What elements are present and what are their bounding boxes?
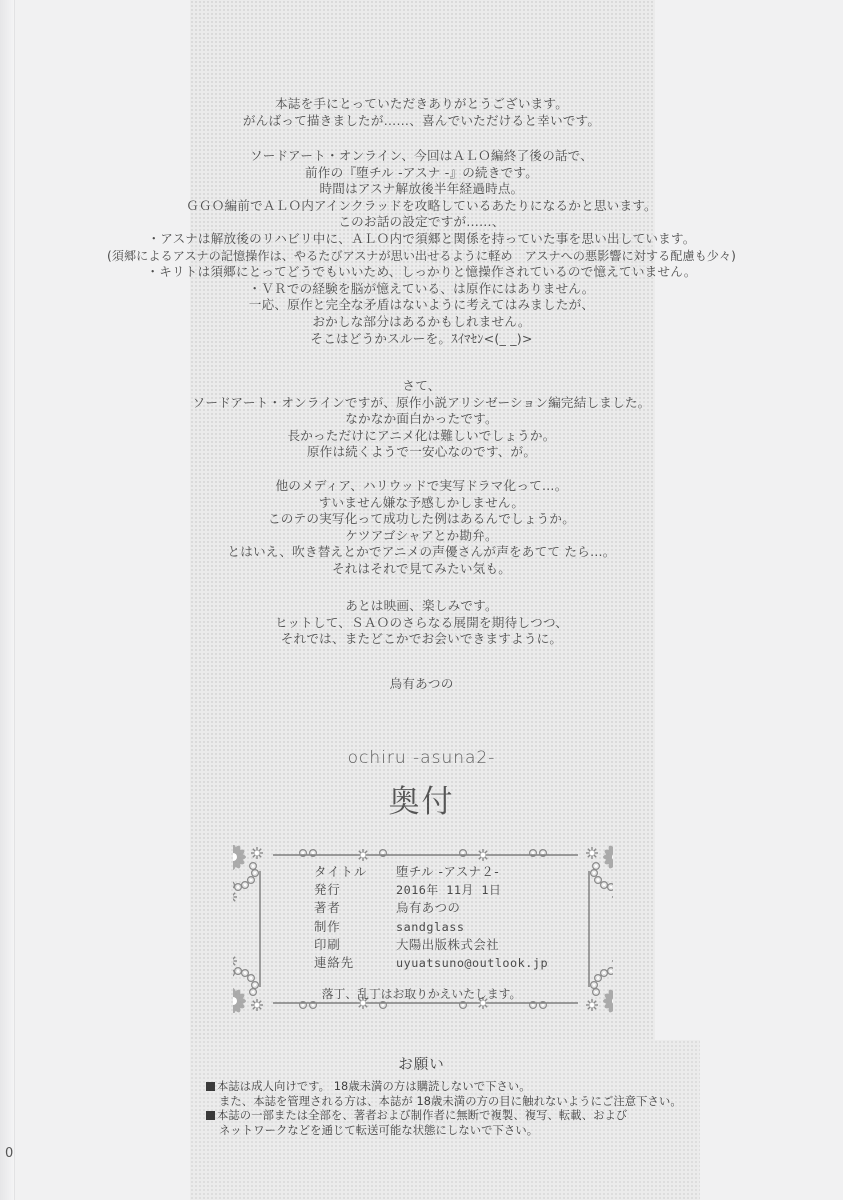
text-line: このテの実写化って成功した例はあるんでしょうか。 <box>0 511 843 528</box>
afterword-news: さて、 ソードアート・オンラインですが、原作小説アリシゼーション編完結しました。… <box>0 378 843 461</box>
afterword-setting: ソードアート・オンライン、今回はＡＬＯ編終了後の話で、 前作の『堕チル -アスナ… <box>0 148 843 347</box>
text-line: 時間はアスナ解放後半年経過時点。 <box>0 181 843 198</box>
colophon-key: 制作 <box>314 918 396 936</box>
colophon-value: 堕チル -アスナ２- <box>396 863 548 881</box>
request-item: 本誌の一部または全部を、著者および制作者に無断で複製、複写、転載、および <box>206 1109 682 1124</box>
text-line: なかなか面白かったです。 <box>0 411 843 428</box>
colophon-value: 烏有あつの <box>396 899 548 917</box>
page-number-mark: 0 <box>5 1146 13 1161</box>
colophon-key: タイトル <box>314 863 396 881</box>
text-line: そこはどうかスルーを。ｽｲﾏｾﾝ<(_ _)> <box>0 331 843 348</box>
request-title: お願い <box>0 1053 843 1074</box>
text-line: ソードアート・オンラインですが、原作小説アリシゼーション編完結しました。 <box>0 395 843 412</box>
colophon-subtitle: ochiru -asuna2- <box>0 748 843 768</box>
colophon-title: 奥付 <box>0 776 843 821</box>
text-line: それでは、またどこかでお会いできますように。 <box>0 631 843 648</box>
square-bullet-icon <box>206 1082 215 1091</box>
text-line: 一応、原作と完全な矛盾はないように考えてはみましたが、 <box>0 297 843 314</box>
text-line: 原作は続くようで一安心なのです、が。 <box>0 444 843 461</box>
text-line: 他のメディア、ハリウッドで実写ドラマ化って…。 <box>0 478 843 495</box>
colophon-row-author: 著者 烏有あつの <box>314 899 548 917</box>
colophon-row-title: タイトル 堕チル -アスナ２- <box>314 863 548 881</box>
text-line: おかしな部分はあるかもしれません。 <box>0 314 843 331</box>
square-bullet-icon <box>206 1111 215 1120</box>
colophon-row-published: 発行 2016年 11月 1日 <box>314 881 548 899</box>
text-line: ケツアゴシャアとか勘弁。 <box>0 528 843 545</box>
text-line: 長かっただけにアニメ化は難しいでしょうか。 <box>0 428 843 445</box>
colophon-key: 連絡先 <box>314 954 396 972</box>
signature-text: 烏有あつの <box>0 676 843 693</box>
colophon-row-printer: 印刷 大陽出版株式会社 <box>314 936 548 954</box>
text-line: ソードアート・オンライン、今回はＡＬＯ編終了後の話で、 <box>0 148 843 165</box>
request-text: 本誌は成人向けです。 18歳未満の方は購読しないで下さい。 <box>217 1080 531 1093</box>
text-line: このお話の設定ですが……、 <box>0 214 843 231</box>
text-line: 前作の『堕チル -アスナ -』の続きです。 <box>0 165 843 182</box>
colophon-value: sandglass <box>396 918 548 936</box>
text-line: それはそれで見てみたい気も。 <box>0 561 843 578</box>
colophon-key: 印刷 <box>314 936 396 954</box>
request-continuation: また、本誌を管理される方は、本誌が 18歳未満の方の目に触れないようにご注意下さ… <box>206 1095 682 1110</box>
text-line: がんばって描きましたが……、喜んでいただけると幸いです。 <box>0 113 843 130</box>
text-line: 本誌を手にとっていただきありがとうございます。 <box>0 96 843 113</box>
colophon-table: タイトル 堕チル -アスナ２- 発行 2016年 11月 1日 著者 烏有あつの… <box>314 863 548 972</box>
text-line: ＧＧＯ編前でＡＬＯ内アインクラッドを攻略しているあたりになるかと思います。 <box>0 198 843 215</box>
afterword-intro: 本誌を手にとっていただきありがとうございます。 がんばって描きましたが……、喜ん… <box>0 96 843 129</box>
text-line: ・キリトは須郷にとってどうでもいいため、しっかりと憶操作されているので憶えていま… <box>0 264 843 281</box>
colophon-key: 発行 <box>314 881 396 899</box>
colophon-value: 2016年 11月 1日 <box>396 881 548 899</box>
request-list: 本誌は成人向けです。 18歳未満の方は購読しないで下さい。 また、本誌を管理され… <box>206 1080 682 1138</box>
text-line: さて、 <box>0 378 843 395</box>
text-line: ヒットして、ＳＡＯのさらなる展開を期待しつつ、 <box>0 615 843 632</box>
request-item: 本誌は成人向けです。 18歳未満の方は購読しないで下さい。 <box>206 1080 682 1095</box>
text-line: すいません嫌な予感しかしません。 <box>0 495 843 512</box>
author-signature: 烏有あつの <box>0 676 843 693</box>
colophon-row-contact: 連絡先 uyuatsuno@outlook.jp <box>314 954 548 972</box>
colophon-row-production: 制作 sandglass <box>314 918 548 936</box>
request-text: 本誌の一部または全部を、著者および制作者に無断で複製、複写、転載、および <box>217 1109 627 1122</box>
colophon-value: 大陽出版株式会社 <box>396 936 548 954</box>
afterword-media: 他のメディア、ハリウッドで実写ドラマ化って…。 すいません嫌な予感しかしません。… <box>0 478 843 578</box>
contact-email: uyuatsuno@outlook.jp <box>396 954 548 972</box>
colophon-key: 著者 <box>314 899 396 917</box>
text-line: とはいえ、吹き替えとかでアニメの声優さんが声をあてて たら…。 <box>0 544 843 561</box>
text-line: ・アスナは解放後のリハビリ中に、ＡＬＯ内で須郷と関係を持っていた事を思い出してい… <box>0 231 843 248</box>
text-line: (須郷によるアスナの記憶操作は、やるたびアスナが思い出せるように軽め アスナへの… <box>0 248 843 265</box>
colophon-note: 落丁、乱丁はお取りかえいたします。 <box>0 985 843 1002</box>
request-continuation: ネットワークなどを通じて転送可能な状態にしないで下さい。 <box>206 1124 682 1139</box>
text-line: あとは映画、楽しみです。 <box>0 598 843 615</box>
text-line: ・ＶＲでの経験を脳が憶えている、は原作にはありません。 <box>0 281 843 298</box>
afterword-closing: あとは映画、楽しみです。 ヒットして、ＳＡＯのさらなる展開を期待しつつ、 それで… <box>0 598 843 648</box>
